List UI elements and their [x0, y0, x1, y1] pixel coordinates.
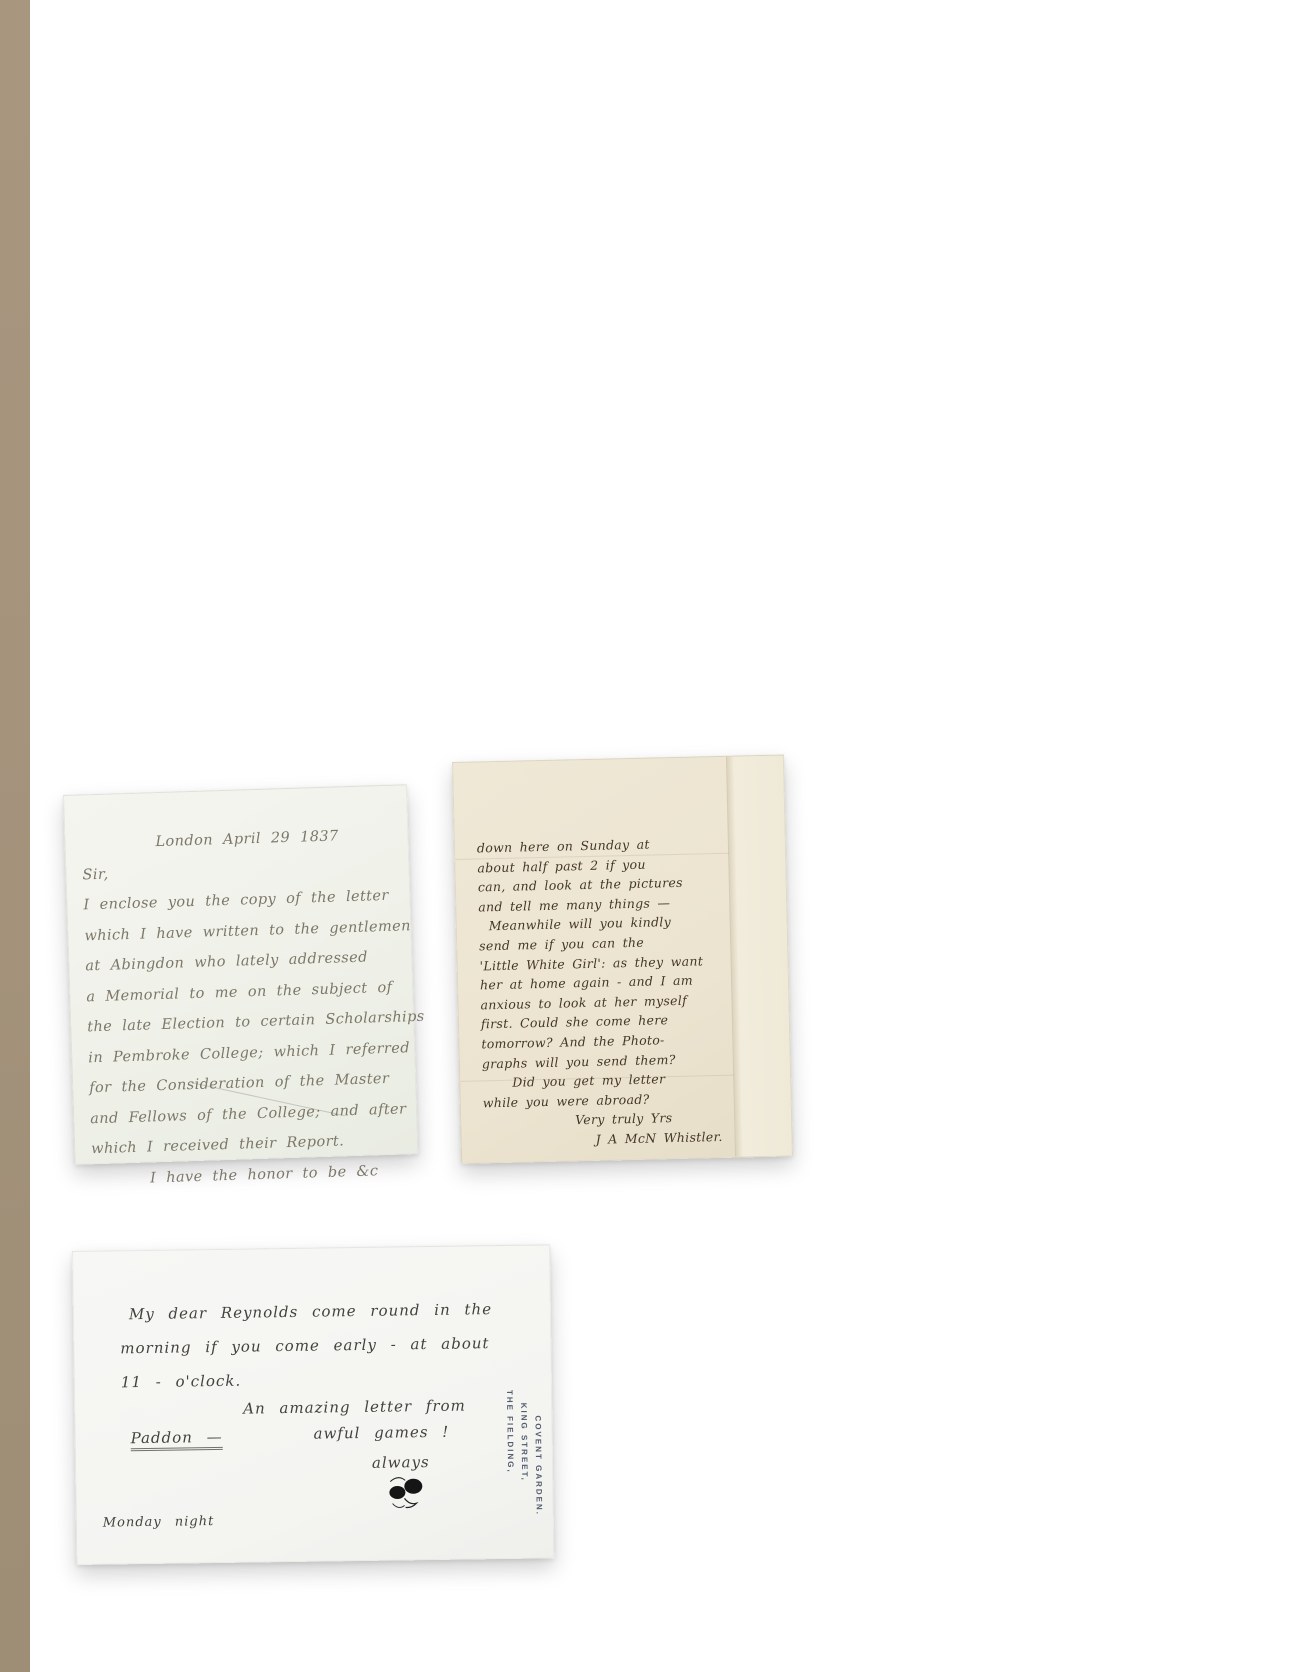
handwriting-line: Paddon —	[130, 1428, 222, 1451]
handwriting-line: awful games !	[313, 1423, 449, 1443]
letter-1837-text: London April 29 1837 Sir, I enclose you …	[81, 820, 408, 1196]
letterhead-line: THE FIELDING,	[505, 1390, 516, 1517]
printed-letterhead: THE FIELDING, KING STREET, COVENT GARDEN…	[505, 1389, 544, 1516]
letter-photo-fielding-note: My dear Reynolds come round in the morni…	[72, 1244, 554, 1565]
letter-whistler-text: down here on Sunday at about half past 2…	[477, 833, 732, 1152]
handwriting-line: morning if you come early - at about	[120, 1334, 489, 1357]
date-note-line: Monday night	[103, 1514, 215, 1531]
handwriting-line: My dear Reynolds come round in the	[129, 1300, 492, 1323]
letter-photo-1837: London April 29 1837 Sir, I enclose you …	[63, 784, 418, 1165]
handwriting-line: An amazing letter from	[243, 1397, 466, 1418]
handwriting-line: always	[372, 1453, 430, 1472]
signature-line: J A McN Whistler.	[595, 1127, 731, 1150]
letter-photo-whistler: down here on Sunday at about half past 2…	[452, 754, 793, 1163]
letterhead-line: KING STREET,	[519, 1403, 530, 1517]
whistler-butterfly-signature-icon	[384, 1471, 431, 1516]
letterhead-line: COVENT GARDEN.	[533, 1415, 543, 1516]
handwriting-line: 11 - o'clock.	[121, 1372, 242, 1392]
catalog-page: London April 29 1837 Sir, I enclose you …	[0, 0, 1301, 1672]
left-accent-bar	[0, 0, 30, 1672]
paper-fold-edge	[726, 755, 792, 1156]
